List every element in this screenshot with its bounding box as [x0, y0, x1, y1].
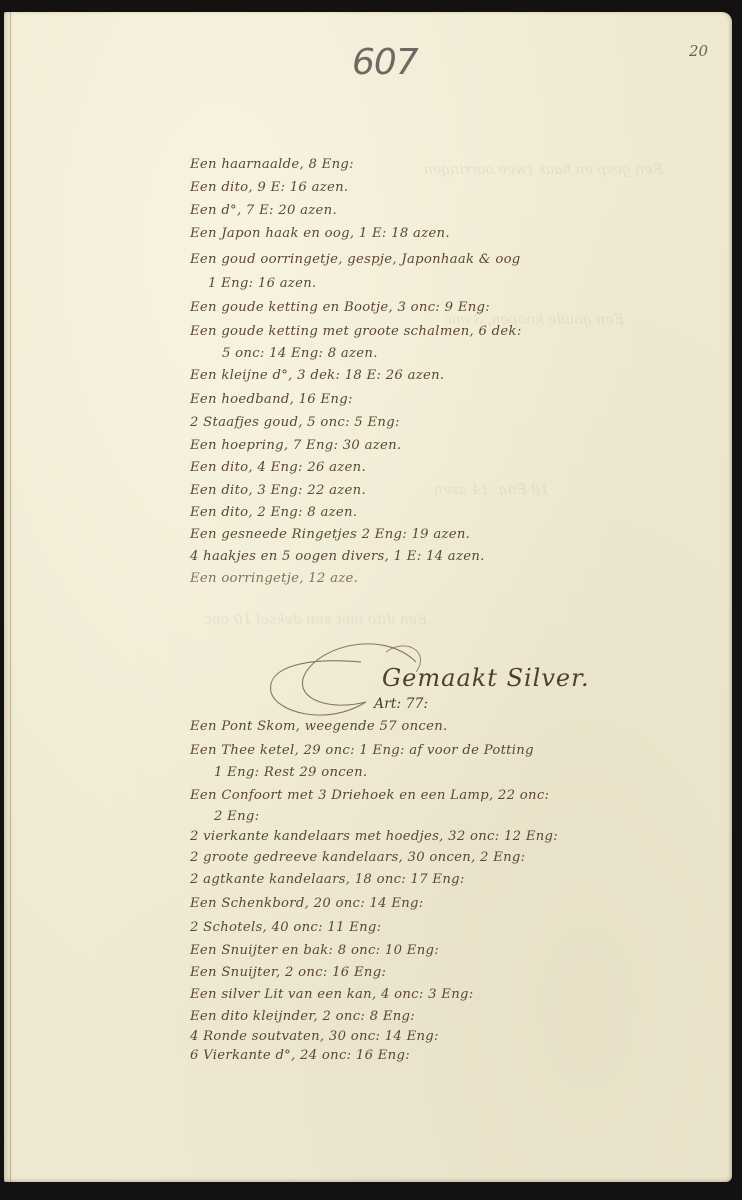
list-item: 6 Vierkante d°, 24 onc: 16 Eng: — [190, 1048, 410, 1063]
list-item: 4 haakjes en 5 oogen divers, 1 E: 14 aze… — [190, 549, 485, 564]
folio-number: 20 — [689, 42, 708, 60]
list-item: Een goud oorringetje, gespje, Japonhaak … — [190, 252, 521, 267]
list-item: 2 Schotels, 40 onc: 11 Eng: — [190, 920, 381, 935]
page-binding-edge — [10, 12, 11, 1182]
list-item: Een hoepring, 7 Eng: 30 azen. — [190, 438, 401, 453]
list-item: Een Schenkbord, 20 onc: 14 Eng: — [190, 896, 424, 911]
list-item: Een haarnaalde, 8 Eng: — [190, 157, 354, 172]
list-item: 1 Eng: 16 azen. — [208, 276, 317, 291]
list-item: 2 agtkante kandelaars, 18 onc: 17 Eng: — [190, 872, 465, 887]
list-item: Een Confoort met 3 Driehoek en een Lamp,… — [190, 788, 549, 803]
list-item: Een Pont Skom, weegende 57 oncen. — [190, 719, 448, 734]
list-item: Een d°, 7 E: 20 azen. — [190, 203, 337, 218]
list-item: Een Thee ketel, 29 onc: 1 Eng: af voor d… — [190, 743, 534, 758]
list-item: 5 onc: 14 Eng: 8 azen. — [222, 346, 378, 361]
list-item: 2 groote gedreeve kandelaars, 30 oncen, … — [190, 850, 525, 865]
list-item: Een dito, 2 Eng: 8 azen. — [190, 505, 357, 520]
list-item: 2 Staafjes goud, 5 onc: 5 Eng: — [190, 415, 400, 430]
list-item: 2 Eng: — [214, 809, 259, 824]
list-item: Een silver Lit van een kan, 4 onc: 3 Eng… — [190, 987, 473, 1002]
list-item: Een dito, 3 Eng: 22 azen. — [190, 483, 366, 498]
list-item: 4 Ronde soutvaten, 30 onc: 14 Eng: — [190, 1029, 439, 1044]
archive-page-number: 607 — [352, 42, 418, 83]
list-item: 2 vierkante kandelaars met hoedjes, 32 o… — [190, 829, 558, 844]
list-item: Een Japon haak en oog, 1 E: 18 azen. — [190, 226, 450, 241]
list-item: Een oorringetje, 12 aze. — [190, 571, 358, 586]
article-number: Art: 77: — [374, 696, 428, 712]
list-item: Een gesneede Ringetjes 2 Eng: 19 azen. — [190, 527, 470, 542]
list-item: Een hoedband, 16 Eng: — [190, 392, 353, 407]
list-item: Een kleijne d°, 3 dek: 18 E: 26 azen. — [190, 368, 444, 383]
list-item: Een Snuijter en bak: 8 onc: 10 Eng: — [190, 943, 439, 958]
bleed-through-text: 18 Eng: 14 azen — [434, 482, 549, 498]
list-item: Een goude ketting en Bootje, 3 onc: 9 En… — [190, 300, 490, 315]
list-item: Een goude ketting met groote schalmen, 6… — [190, 324, 522, 339]
bleed-through-text: Een gesp en haak twee oorringen — [424, 162, 663, 178]
list-item: Een dito kleijnder, 2 onc: 8 Eng: — [190, 1009, 415, 1024]
list-item: Een Snuijter, 2 onc: 16 Eng: — [190, 965, 386, 980]
list-item: Een dito, 9 E: 16 azen. — [190, 180, 348, 195]
manuscript-page: Een gesp en haak twee oorringen Een goud… — [4, 12, 732, 1182]
bleed-through-text: Een dito met een deksel 10 onc — [204, 612, 427, 628]
list-item: Een dito, 4 Eng: 26 azen. — [190, 460, 366, 475]
list-item: 1 Eng: Rest 29 oncen. — [214, 765, 367, 780]
section-heading: Gemaakt Silver. — [382, 664, 590, 692]
